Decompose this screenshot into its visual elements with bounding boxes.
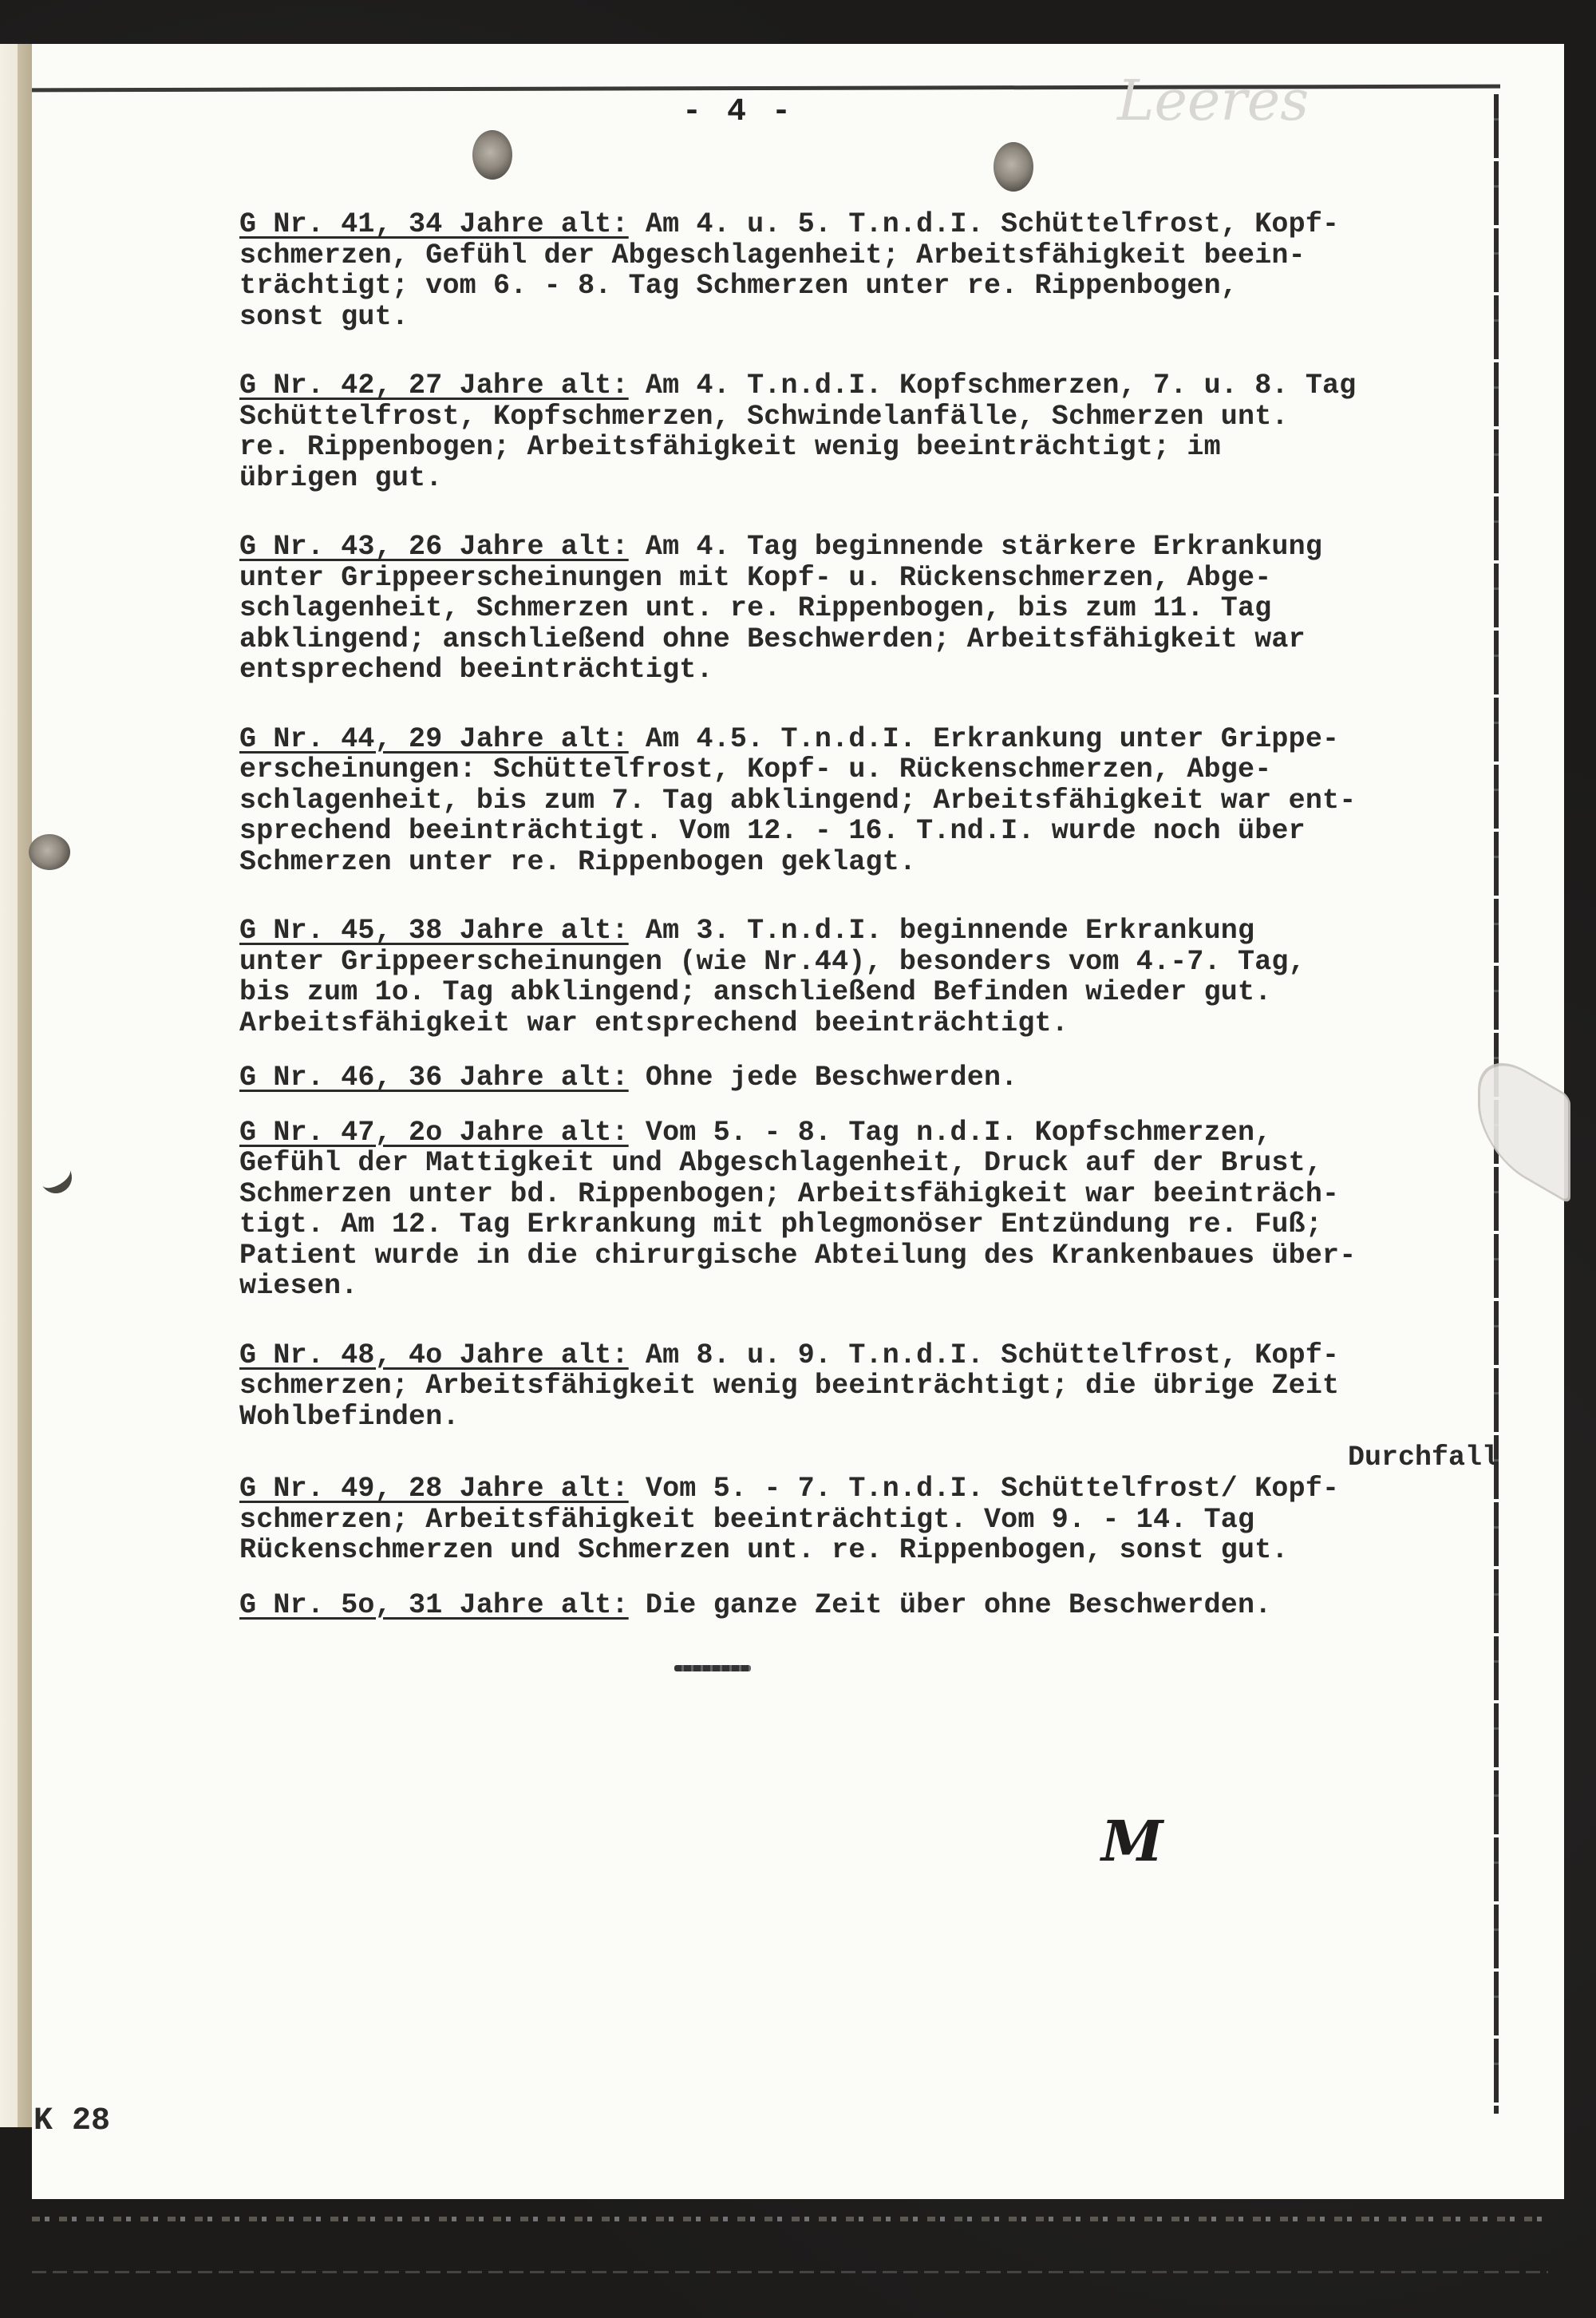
case-heading: G Nr. 44, 29 Jahre alt: [239,723,629,755]
page-number: - 4 - [682,94,794,130]
punch-hole-left-icon [472,130,512,180]
handwritten-initials: M [1101,1808,1159,1874]
case-entry-46: G Nr. 46, 36 Jahre alt: Ohne jede Beschw… [239,1062,1500,1094]
punch-hole-right-icon [994,142,1033,192]
case-heading: G Nr. 49, 28 Jahre alt: [239,1473,629,1505]
case-entry-44: G Nr. 44, 29 Jahre alt: Am 4.5. T.n.d.I.… [239,724,1500,878]
case-entry-43: G Nr. 43, 26 Jahre alt: Am 4. Tag beginn… [239,532,1500,686]
case-entry-42: G Nr. 42, 27 Jahre alt: Am 4. T.n.d.I. K… [239,370,1500,493]
margin-note-durchfall: Durchfall [239,1442,1500,1473]
sheet-code: K 28 [34,2103,110,2139]
case-entry-41: G Nr. 41, 34 Jahre alt: Am 4. u. 5. T.n.… [239,209,1500,332]
punch-hole-margin-icon [29,834,70,870]
case-heading: G Nr. 46, 36 Jahre alt: [239,1062,629,1094]
faint-handwriting: Leeres [1117,68,1309,133]
case-text: Ohne jede Beschwerden. [629,1062,1018,1094]
case-heading: G Nr. 43, 26 Jahre alt: [239,531,629,563]
case-list: G Nr. 41, 34 Jahre alt: Am 4. u. 5. T.n.… [239,209,1500,1659]
case-heading: G Nr. 48, 4o Jahre alt: [239,1339,629,1371]
case-entry-45: G Nr. 45, 38 Jahre alt: Am 3. T.n.d.I. b… [239,916,1500,1038]
case-heading: G Nr. 47, 2o Jahre alt: [239,1117,629,1149]
case-entry-50: G Nr. 5o, 31 Jahre alt: Die ganze Zeit ü… [239,1590,1500,1621]
case-heading: G Nr. 42, 27 Jahre alt: [239,370,629,401]
case-entry-47: G Nr. 47, 2o Jahre alt: Vom 5. - 8. Tag … [239,1117,1500,1302]
page-frame-bottom-line [32,2271,1548,2273]
case-text: Die ganze Zeit über ohne Beschwerden. [629,1589,1272,1621]
case-heading: G Nr. 45, 38 Jahre alt: [239,915,629,947]
end-of-list-mark [674,1665,751,1671]
case-heading: G Nr. 5o, 31 Jahre alt: [239,1589,629,1621]
case-entry-49: G Nr. 49, 28 Jahre alt: Vom 5. - 7. T.n.… [239,1473,1500,1566]
case-heading: G Nr. 41, 34 Jahre alt: [239,208,629,240]
case-entry-48: G Nr. 48, 4o Jahre alt: Am 8. u. 9. T.n.… [239,1340,1500,1433]
faint-bottom-smudge [32,2217,1548,2221]
